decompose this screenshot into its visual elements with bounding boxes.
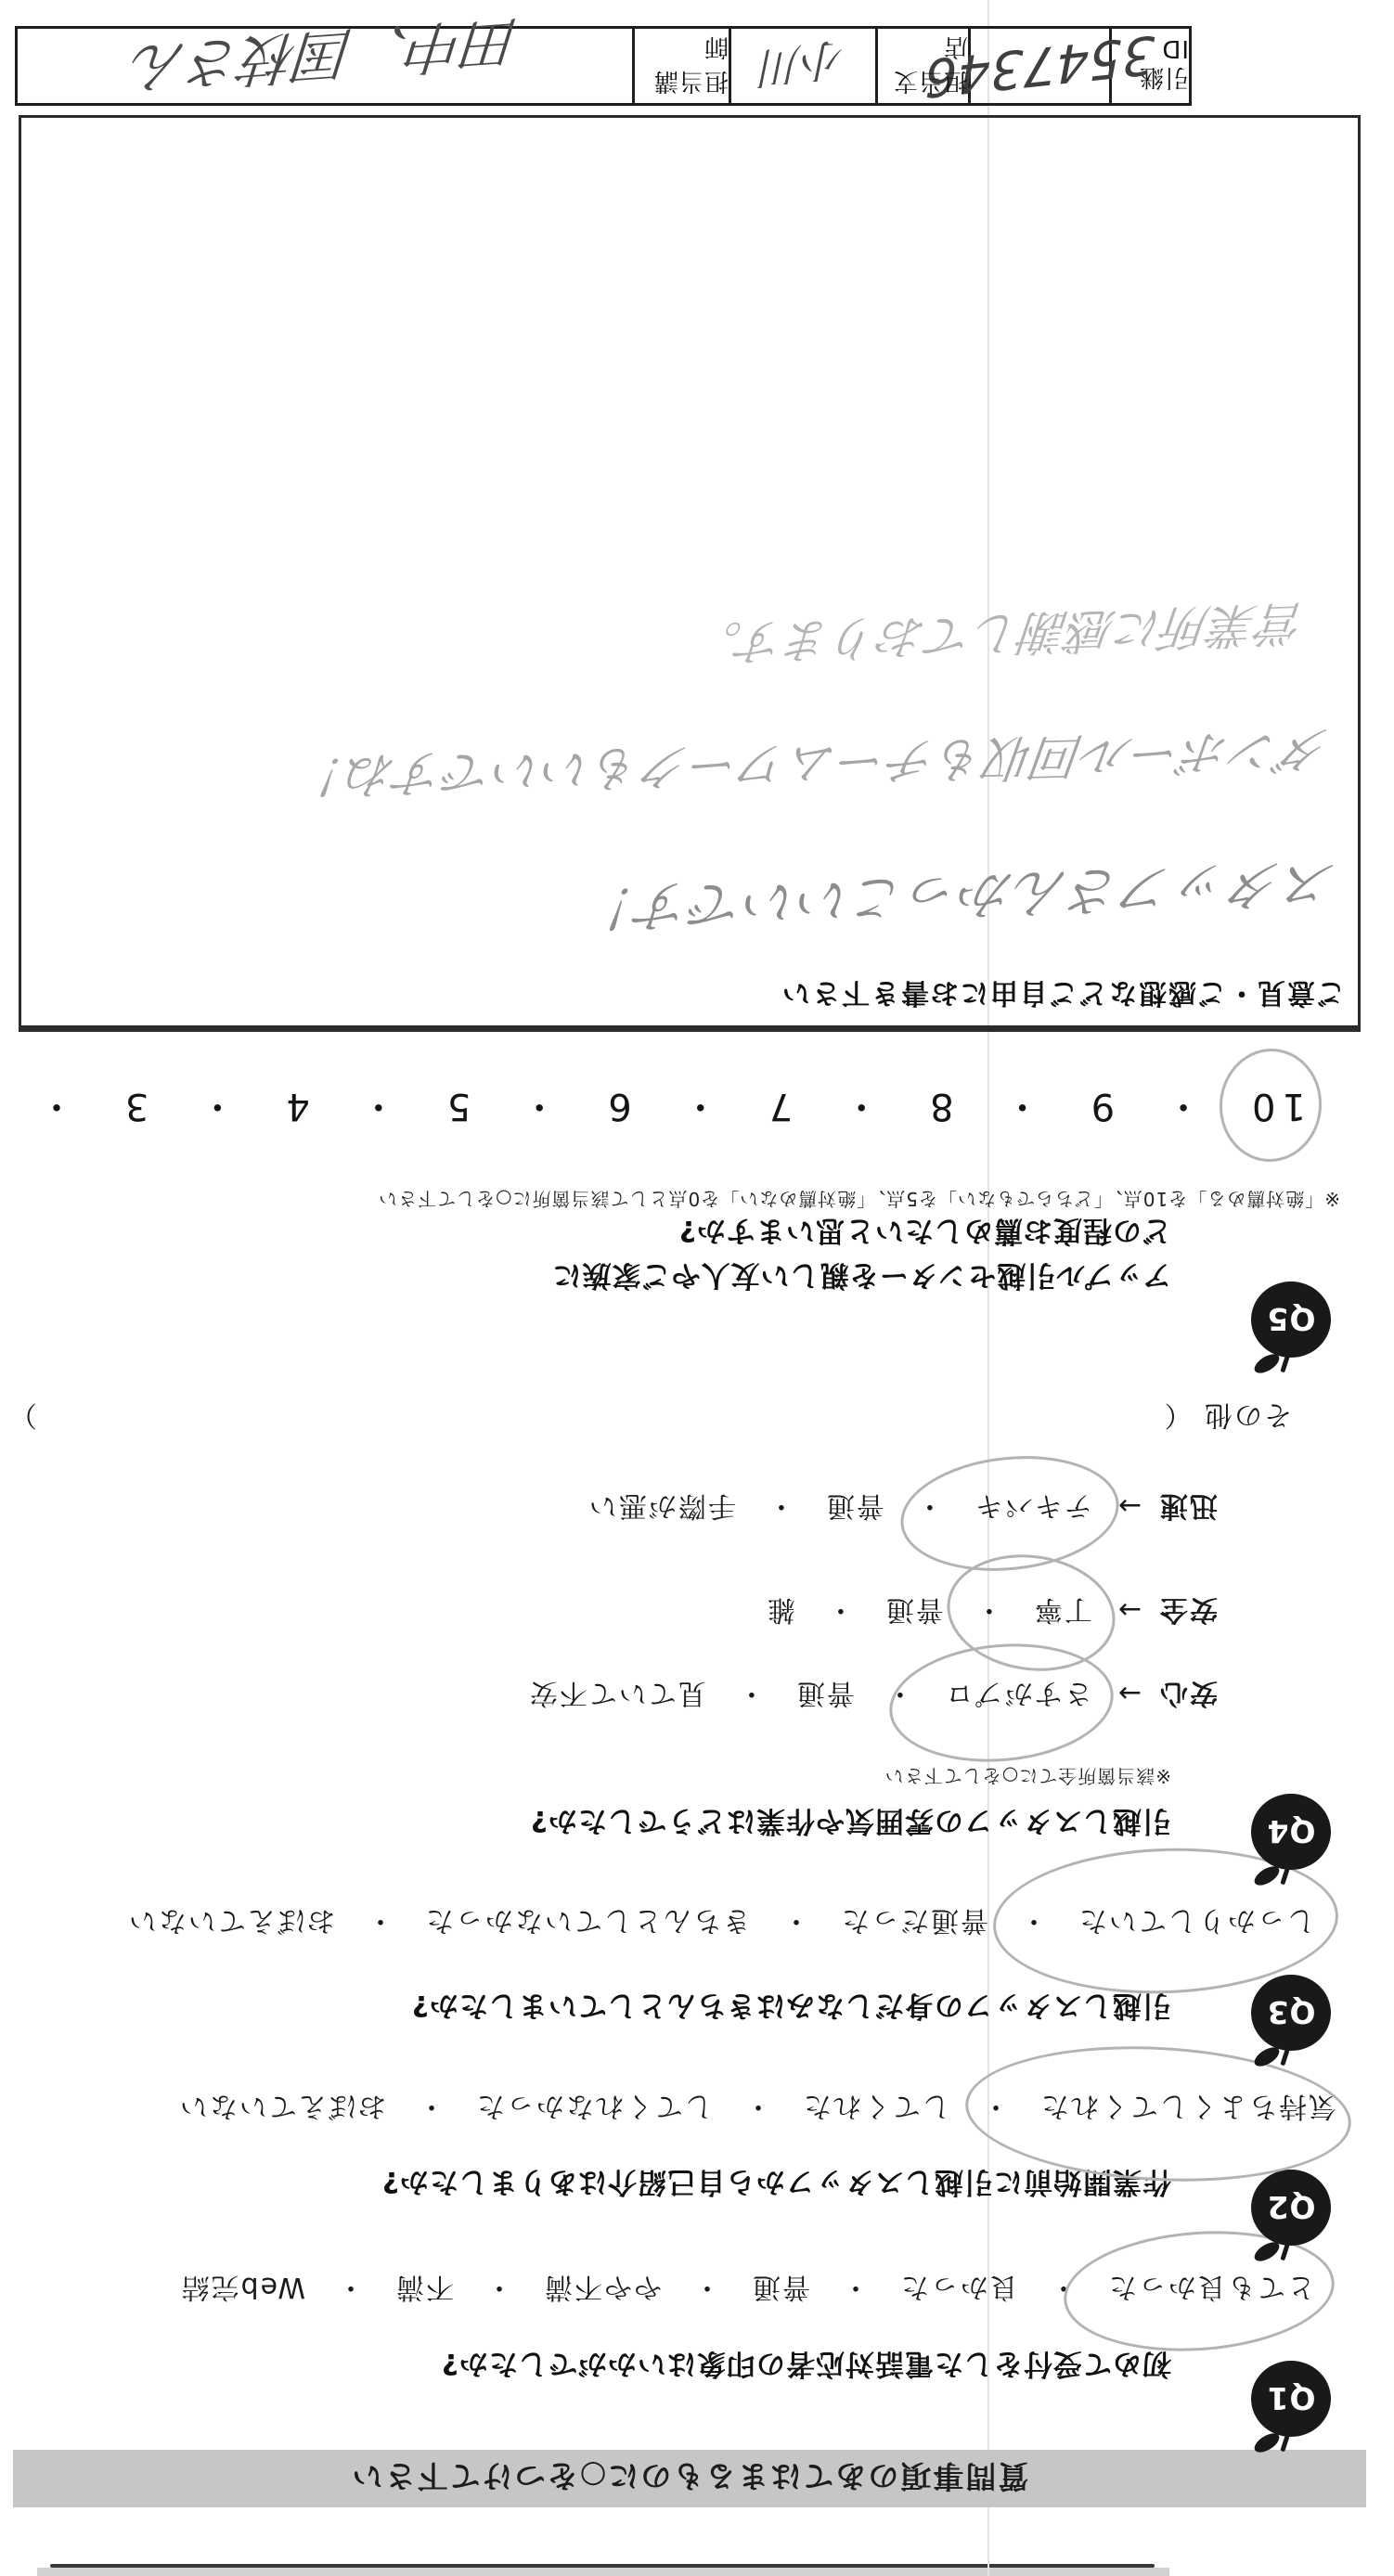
apple-stem-icon [1280, 2049, 1289, 2067]
pencil-circle-q4-jinsoku [895, 1446, 1124, 1581]
comment-box-label: ご意見・ご感想などご自由にお書き下さい [781, 975, 1345, 1016]
q5-badge: Q5 [1251, 1282, 1331, 1358]
apple-stem-icon [1280, 1356, 1289, 1373]
q5-title-line2: どの程度お薦めしたいと思いますか? [678, 1213, 1171, 1255]
q1-badge-label: Q1 [1267, 2381, 1316, 2417]
q4-row-anzen-label: 安全 [1158, 1593, 1218, 1626]
cell-handover-id-value: 3547346 [968, 29, 1109, 103]
instruction-text: 質問事項のあてはまるものに○をつけて下さい [351, 2457, 1029, 2501]
handwritten-instructor: 田中、国枝さん [128, 5, 523, 112]
q2-title: 作業開始前に引越しスタッフから自己紹介はありましたか? [381, 2164, 1171, 2206]
arrow-icon: → [1116, 1489, 1142, 1522]
branch-label: 担当支店 [878, 32, 968, 100]
q4-badge-label: Q4 [1267, 1814, 1316, 1850]
cell-instructor-label: 担当講師 [632, 29, 729, 103]
q4-title: 引越しスタッフの雰囲気や作業はどうでしたか? [530, 1803, 1171, 1845]
apple-leaf-icon [1251, 1350, 1282, 1377]
q4-other-close-paren: ） [7, 1397, 37, 1438]
q2-badge: Q2 [1251, 2170, 1331, 2246]
scanned-questionnaire-sheet: 質問事項のあてはまるものに○をつけて下さい Q1 初めて受付をした電話対応者の印… [0, 0, 1394, 2576]
q1-title: 初めて受付をした電話対応者の印象はいかがでしたか? [441, 2346, 1171, 2388]
q5-title-line1: アップル引越センターを親しい友人やご家族に [552, 1257, 1171, 1299]
pencil-circle-q5-score [1215, 1044, 1326, 1166]
instructor-label: 担当講師 [635, 32, 729, 100]
handover-info-table: 引継ID 3547346 担当支店 小川 担当講師 田中、国枝さん [15, 26, 1192, 106]
q4-row-anshin-label: 安心 [1158, 1677, 1218, 1709]
q1-badge: Q1 [1251, 2361, 1331, 2437]
q4-note: ※該当箇所全てに○をして下さい [884, 1764, 1171, 1791]
arrow-icon: → [1116, 1677, 1142, 1709]
q5-badge-label: Q5 [1267, 1302, 1316, 1338]
q4-row-jinsoku-label: 迅速 [1158, 1489, 1218, 1522]
q4-row-anshin: 安心→さすがプロ ・ 普通 ・ 見ていて不安 [528, 1676, 1218, 1717]
q5-note: ※「絶対薦める」を10点、「どちらでもない」を5点、「絶対薦めない」を0点として… [378, 1187, 1340, 1214]
cell-branch-value: 小川 [729, 29, 875, 103]
q2-badge-label: Q2 [1267, 2190, 1316, 2226]
handwritten-branch: 小川 [760, 29, 846, 102]
scan-edge-band [37, 2568, 1169, 2576]
cell-instructor-value: 田中、国枝さん [18, 29, 632, 103]
q3-badge-label: Q3 [1267, 1995, 1316, 2031]
q3-badge: Q3 [1251, 1975, 1331, 2051]
cell-branch-label: 担当支店 [875, 29, 968, 103]
q4-badge: Q4 [1251, 1794, 1331, 1870]
arrow-icon: → [1116, 1593, 1142, 1626]
q5-score-scale: 10 ・ 9 ・ 8 ・ 7 ・ 6 ・ 5 ・ 4 ・ 3 ・ 2 ・ 1 ・… [0, 1083, 1306, 1136]
q3-title: 引越しスタッフの身だしなみはきちんとしていましたか? [411, 1988, 1171, 2029]
instruction-bar: 質問事項のあてはまるものに○をつけて下さい [13, 2450, 1366, 2507]
q4-other-label: その他 （ [1162, 1397, 1292, 1438]
